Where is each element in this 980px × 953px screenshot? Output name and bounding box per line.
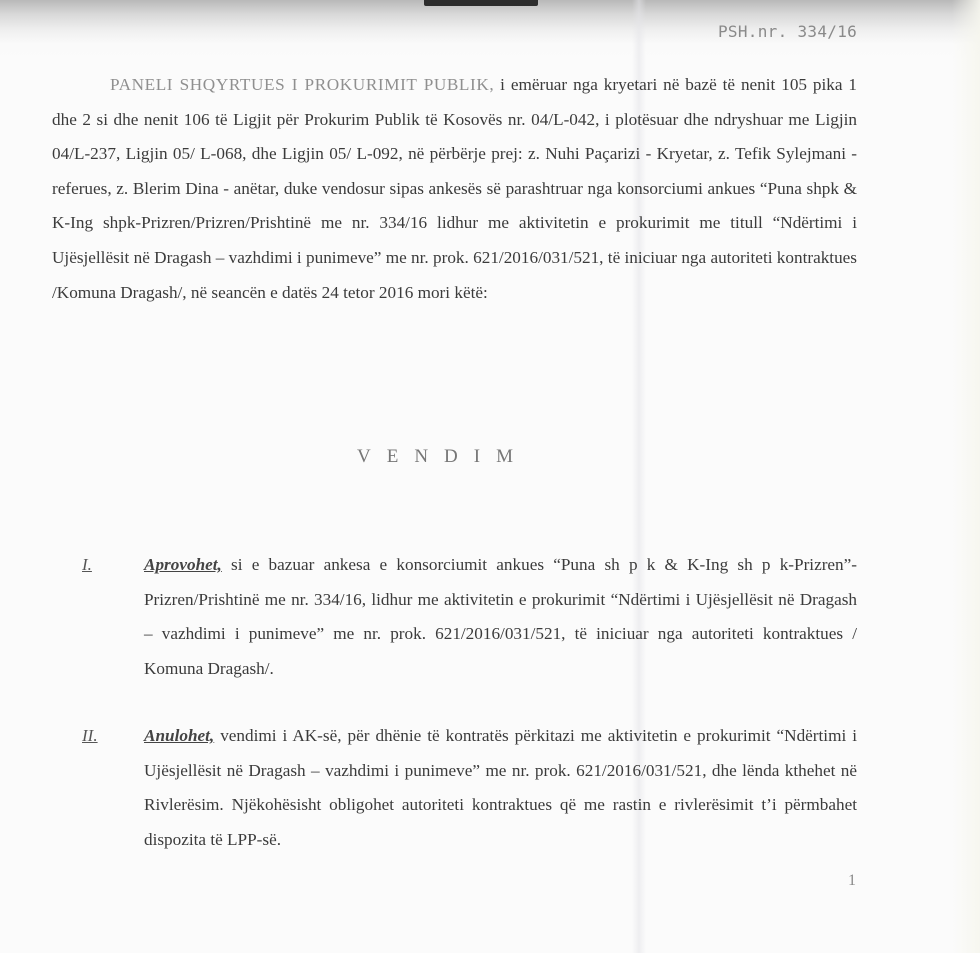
decision-heading: VENDIM <box>357 446 529 468</box>
case-reference-number: PSH.nr. 334/16 <box>718 22 857 41</box>
item-verb: Anulohet, <box>144 726 214 745</box>
item-verb: Aprovohet, <box>144 555 222 574</box>
page-number: 1 <box>848 872 856 890</box>
item-number: II. <box>82 719 98 754</box>
viewer-top-tab <box>424 0 538 6</box>
item-body: vendimi i AK-së, për dhënie të kontratës… <box>144 726 857 849</box>
item-body: si e bazuar ankesa e konsorciumit ankues… <box>144 555 857 678</box>
intro-body: i emëruar nga kryetari në bazë të nenit … <box>52 75 857 302</box>
item-text: Aprovohet, si e bazuar ankesa e konsorci… <box>144 548 857 686</box>
item-number: I. <box>82 548 92 583</box>
scan-artifact-edge <box>952 0 980 953</box>
scanned-document-page: PSH.nr. 334/16 PANELI SHQYRTUES I PROKUR… <box>0 0 980 953</box>
panel-name: PANELI SHQYRTUES I PROKURIMIT PUBLIK, <box>110 75 494 94</box>
intro-paragraph: PANELI SHQYRTUES I PROKURIMIT PUBLIK, i … <box>52 68 857 310</box>
item-text: Anulohet, vendimi i AK-së, për dhënie të… <box>144 719 857 857</box>
